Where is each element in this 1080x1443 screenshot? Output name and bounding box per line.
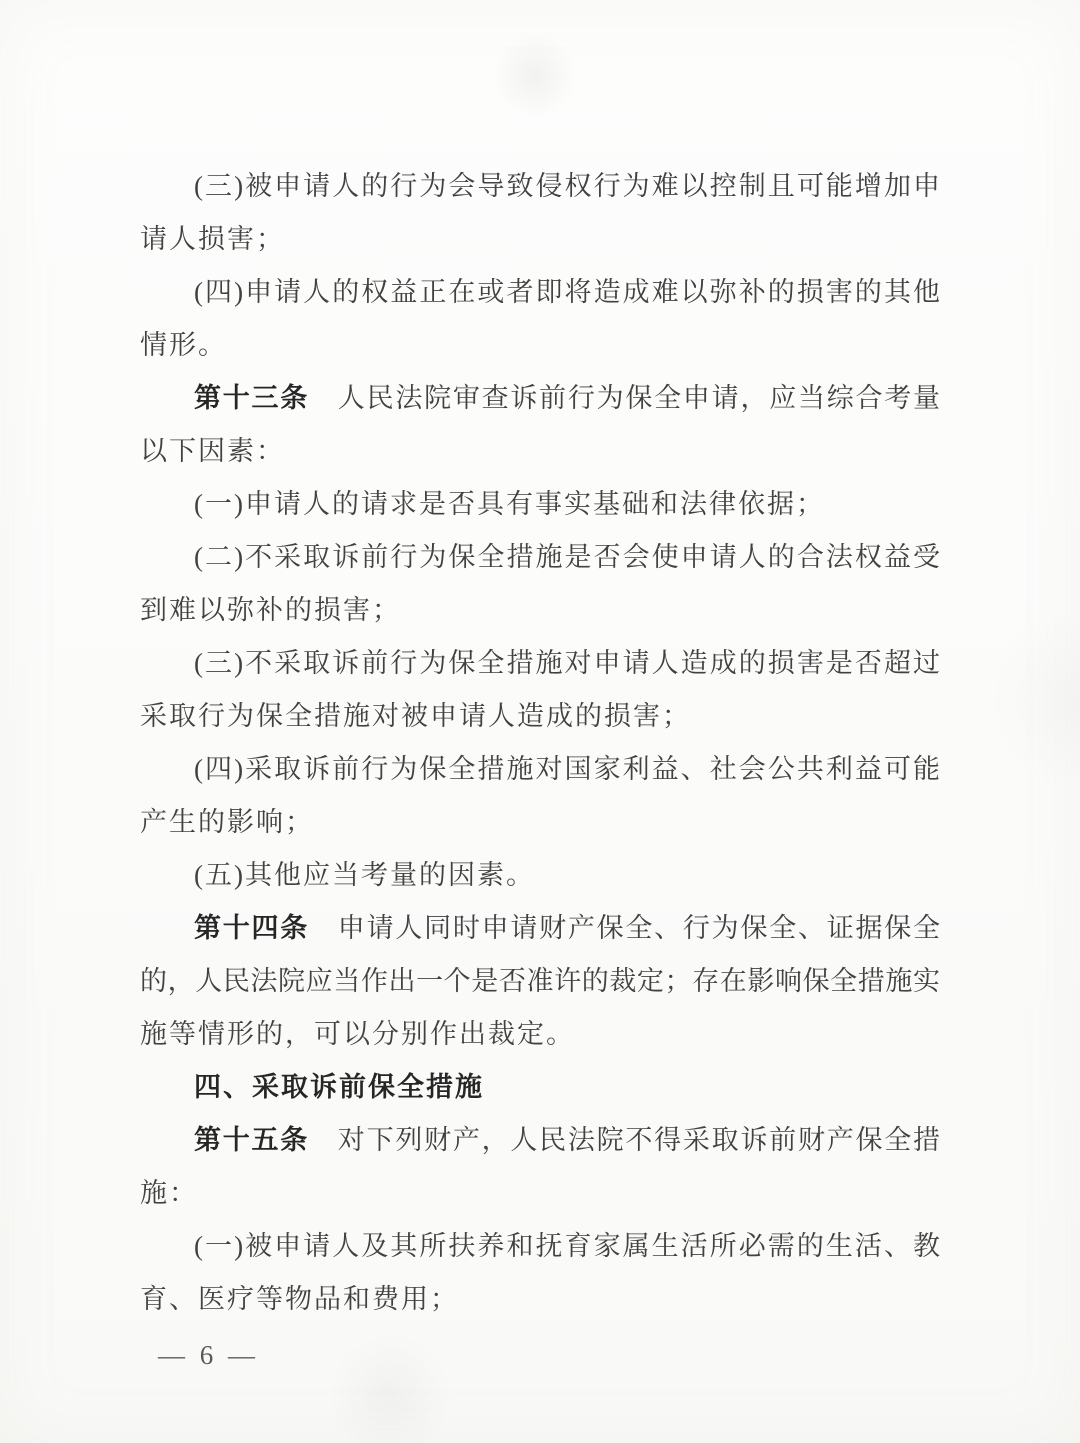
text-line: (二)不采取诉前行为保全措施是否会使申请人的合法权益受 [140, 531, 940, 584]
text-line: 到难以弥补的损害； [140, 584, 940, 637]
text-line: 产生的影响； [140, 796, 940, 849]
text-line: 情形。 [140, 319, 940, 372]
text-run: (一)被申请人及其所扶养和抚育家属生活所必需的生活、教 [194, 1231, 940, 1261]
text-run: (四)申请人的权益正在或者即将造成难以弥补的损害的其他 [194, 277, 940, 307]
text-line: (四)申请人的权益正在或者即将造成难以弥补的损害的其他 [140, 266, 940, 319]
text-run: (三)被申请人的行为会导致侵权行为难以控制且可能增加申 [194, 171, 940, 201]
text-line: (四)采取诉前行为保全措施对国家利益、社会公共利益可能 [140, 743, 940, 796]
text-line: 施等情形的，可以分别作出裁定。 [140, 1008, 940, 1061]
text-line: (三)被申请人的行为会导致侵权行为难以控制且可能增加申 [140, 160, 940, 213]
text-run: 采取行为保全措施对被申请人造成的损害； [140, 701, 691, 731]
text-run: (一)申请人的请求是否具有事实基础和法律依据； [194, 489, 825, 519]
text-line: 请人损害； [140, 213, 940, 266]
text-line: 第十五条 对下列财产，人民法院不得采取诉前财产保全措 [140, 1114, 940, 1167]
text-line: 采取行为保全措施对被申请人造成的损害； [140, 690, 940, 743]
text-line: 四、采取诉前保全措施 [140, 1061, 940, 1114]
text-line: (一)申请人的请求是否具有事实基础和法律依据； [140, 478, 940, 531]
article-heading: 第十四条 [194, 913, 309, 943]
text-line: 第十四条 申请人同时申请财产保全、行为保全、证据保全 [140, 902, 940, 955]
text-line: (五)其他应当考量的因素。 [140, 849, 940, 902]
text-run: 请人损害； [140, 224, 285, 254]
text-run: 申请人同时申请财产保全、行为保全、证据保全 [309, 913, 940, 943]
text-run: 人民法院审查诉前行为保全申请，应当综合考量 [309, 383, 940, 413]
text-run: 情形。 [140, 330, 227, 360]
text-run: 施： [140, 1178, 198, 1208]
article-heading: 四、采取诉前保全措施 [194, 1072, 484, 1102]
text-run: 对下列财产，人民法院不得采取诉前财产保全措 [309, 1125, 940, 1155]
text-run: 的，人民法院应当作出一个是否准许的裁定；存在影响保全措施实 [140, 966, 940, 996]
text-line: 的，人民法院应当作出一个是否准许的裁定；存在影响保全措施实 [140, 955, 940, 1008]
text-line: (一)被申请人及其所扶养和抚育家属生活所必需的生活、教 [140, 1220, 940, 1273]
page-number: — 6 — [158, 1340, 259, 1370]
text-line: 施： [140, 1167, 940, 1220]
text-run: 施等情形的，可以分别作出裁定。 [140, 1019, 575, 1049]
document-body: (三)被申请人的行为会导致侵权行为难以控制且可能增加申请人损害；(四)申请人的权… [140, 160, 940, 1326]
text-run: 育、医疗等物品和费用； [140, 1284, 459, 1314]
article-heading: 第十三条 [194, 383, 309, 413]
text-line: 育、医疗等物品和费用； [140, 1273, 940, 1326]
article-heading: 第十五条 [194, 1125, 309, 1155]
text-run: (五)其他应当考量的因素。 [194, 860, 535, 890]
text-line: 以下因素： [140, 425, 940, 478]
text-run: 以下因素： [140, 436, 285, 466]
text-line: 第十三条 人民法院审查诉前行为保全申请，应当综合考量 [140, 372, 940, 425]
text-run: (四)采取诉前行为保全措施对国家利益、社会公共利益可能 [194, 754, 940, 784]
scanned-document-page: (三)被申请人的行为会导致侵权行为难以控制且可能增加申请人损害；(四)申请人的权… [0, 0, 1080, 1443]
text-run: 产生的影响； [140, 807, 314, 837]
text-run: (二)不采取诉前行为保全措施是否会使申请人的合法权益受 [194, 542, 940, 572]
text-run: 到难以弥补的损害； [140, 595, 401, 625]
text-run: (三)不采取诉前行为保全措施对申请人造成的损害是否超过 [194, 648, 940, 678]
text-line: (三)不采取诉前行为保全措施对申请人造成的损害是否超过 [140, 637, 940, 690]
